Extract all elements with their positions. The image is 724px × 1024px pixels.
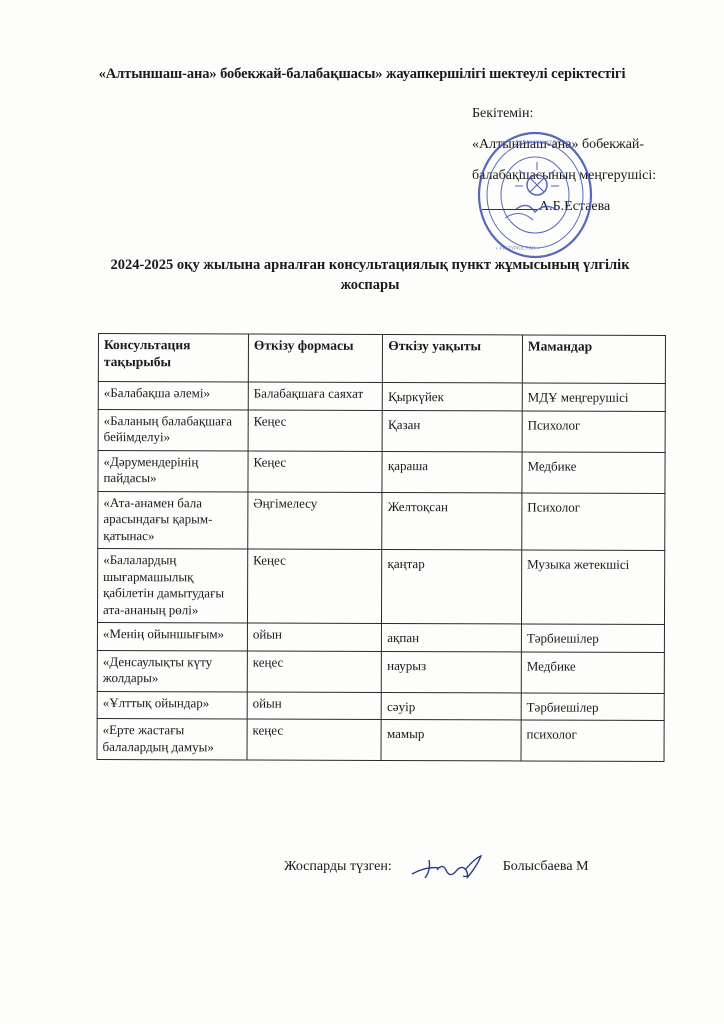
cell-time: сәуір (382, 692, 522, 720)
compiled-by-author: Болысбаева М (503, 859, 589, 874)
cell-time: Қазан (382, 410, 522, 451)
svg-text:• РК ТҮРКІСТАН •: • РК ТҮРКІСТАН • (495, 246, 540, 252)
approval-signatory: А.Б.Естаева (539, 199, 610, 214)
cell-topic: «Балабақша әлемі» (98, 382, 248, 410)
cell-time: қаңтар (382, 549, 522, 623)
cell-topic: «Менің ойыншығым» (97, 623, 247, 651)
signature-line (482, 209, 537, 210)
cell-topic: «Ерте жастағы балалардың дамуы» (97, 718, 247, 760)
consultation-plan-table: Консультация тақырыбы Өткізу формасы Өтк… (97, 333, 666, 762)
approval-position: балабақшасының меңгерушісі: (472, 160, 712, 191)
approval-signatory-line: А.Б.Естаева (472, 191, 712, 222)
cell-form: кеңес (247, 719, 382, 760)
cell-form: кеңес (247, 651, 382, 692)
table-row: «Ерте жастағы балалардың дамуы»кеңесмамы… (97, 718, 664, 761)
cell-specialist: Тәрбиешілер (521, 692, 664, 720)
table-row: «Дәрумендерінің пайдасы»КеңесқарашаМедби… (98, 450, 665, 493)
table-row: «Менің ойыншығым»ойынақпанТәрбиешілер (97, 623, 664, 652)
cell-form: Әңгімелесу (248, 492, 383, 550)
cell-time: Қыркүйек (383, 382, 523, 410)
header-form: Өткізу формасы (248, 334, 383, 382)
cell-specialist: МДҰ меңгерушісі (522, 383, 665, 411)
header-topic: Консультация тақырыбы (98, 334, 248, 383)
approval-org: «Алтыншаш-ана» бобекжай- (472, 129, 712, 160)
cell-specialist: Психолог (522, 492, 665, 550)
table-row: «Ұлттық ойындар»ойынсәуірТәрбиешілер (97, 691, 664, 720)
cell-form: Кеңес (248, 451, 383, 492)
cell-specialist: психолог (521, 720, 664, 761)
cell-form: Балабақшаға саяхат (248, 382, 383, 410)
cell-topic: «Ұлттық ойындар» (97, 691, 247, 719)
document-title: 2024-2025 оқу жылына арналған консультац… (110, 255, 630, 295)
cell-time: қараша (382, 451, 522, 492)
table-row: «Баланың балабақшаға бейімделуі»КеңесҚаз… (98, 409, 665, 452)
header-specialists: Мамандар (522, 335, 665, 383)
signature-icon (407, 852, 487, 882)
cell-specialist: Музыка жетекшісі (521, 550, 664, 624)
header-time: Өткізу уақыты (383, 334, 523, 382)
approval-block: Бекітемін: «Алтыншаш-ана» бобекжай- бала… (472, 98, 712, 222)
cell-time: ақпан (382, 623, 522, 651)
cell-topic: «Ата-анамен бала арасындағы қарым-қатына… (98, 491, 248, 549)
cell-time: Желтоқсан (382, 492, 522, 550)
approval-label: Бекітемін: (472, 98, 712, 129)
cell-form: ойын (247, 623, 382, 651)
table-row: «Денсаулықты күту жолдары»кеңеснаурызМед… (97, 650, 664, 693)
cell-specialist: Медбике (522, 451, 665, 492)
cell-form: Кеңес (248, 410, 383, 451)
cell-topic: «Дәрумендерінің пайдасы» (98, 450, 248, 492)
table-row: «Балалардың шығармашылық қабілетін дамыт… (97, 549, 664, 625)
cell-specialist: Медбике (521, 651, 664, 692)
cell-topic: «Денсаулықты күту жолдары» (97, 650, 247, 692)
compiled-by-label: Жоспарды түзген: (284, 859, 392, 874)
cell-form: Кеңес (247, 549, 382, 623)
table-row: «Ата-анамен бала арасындағы қарым-қатына… (98, 491, 665, 550)
organization-title: «Алтыншаш-ана» бобекжай-балабақшасы» жау… (0, 66, 724, 83)
cell-time: наурыз (382, 651, 522, 692)
table-header-row: Консультация тақырыбы Өткізу формасы Өтк… (98, 334, 665, 384)
cell-specialist: Психолог (522, 410, 665, 451)
cell-topic: «Баланың балабақшаға бейімделуі» (98, 409, 248, 451)
table-row: «Балабақша әлемі»Балабақшаға саяхатҚыркү… (98, 382, 665, 411)
cell-time: мамыр (381, 719, 521, 760)
footer-compiled-by: Жоспарды түзген: Болысбаева М (284, 852, 589, 882)
cell-form: ойын (247, 692, 382, 720)
cell-topic: «Балалардың шығармашылық қабілетін дамыт… (97, 549, 247, 624)
cell-specialist: Тәрбиешілер (521, 624, 664, 652)
